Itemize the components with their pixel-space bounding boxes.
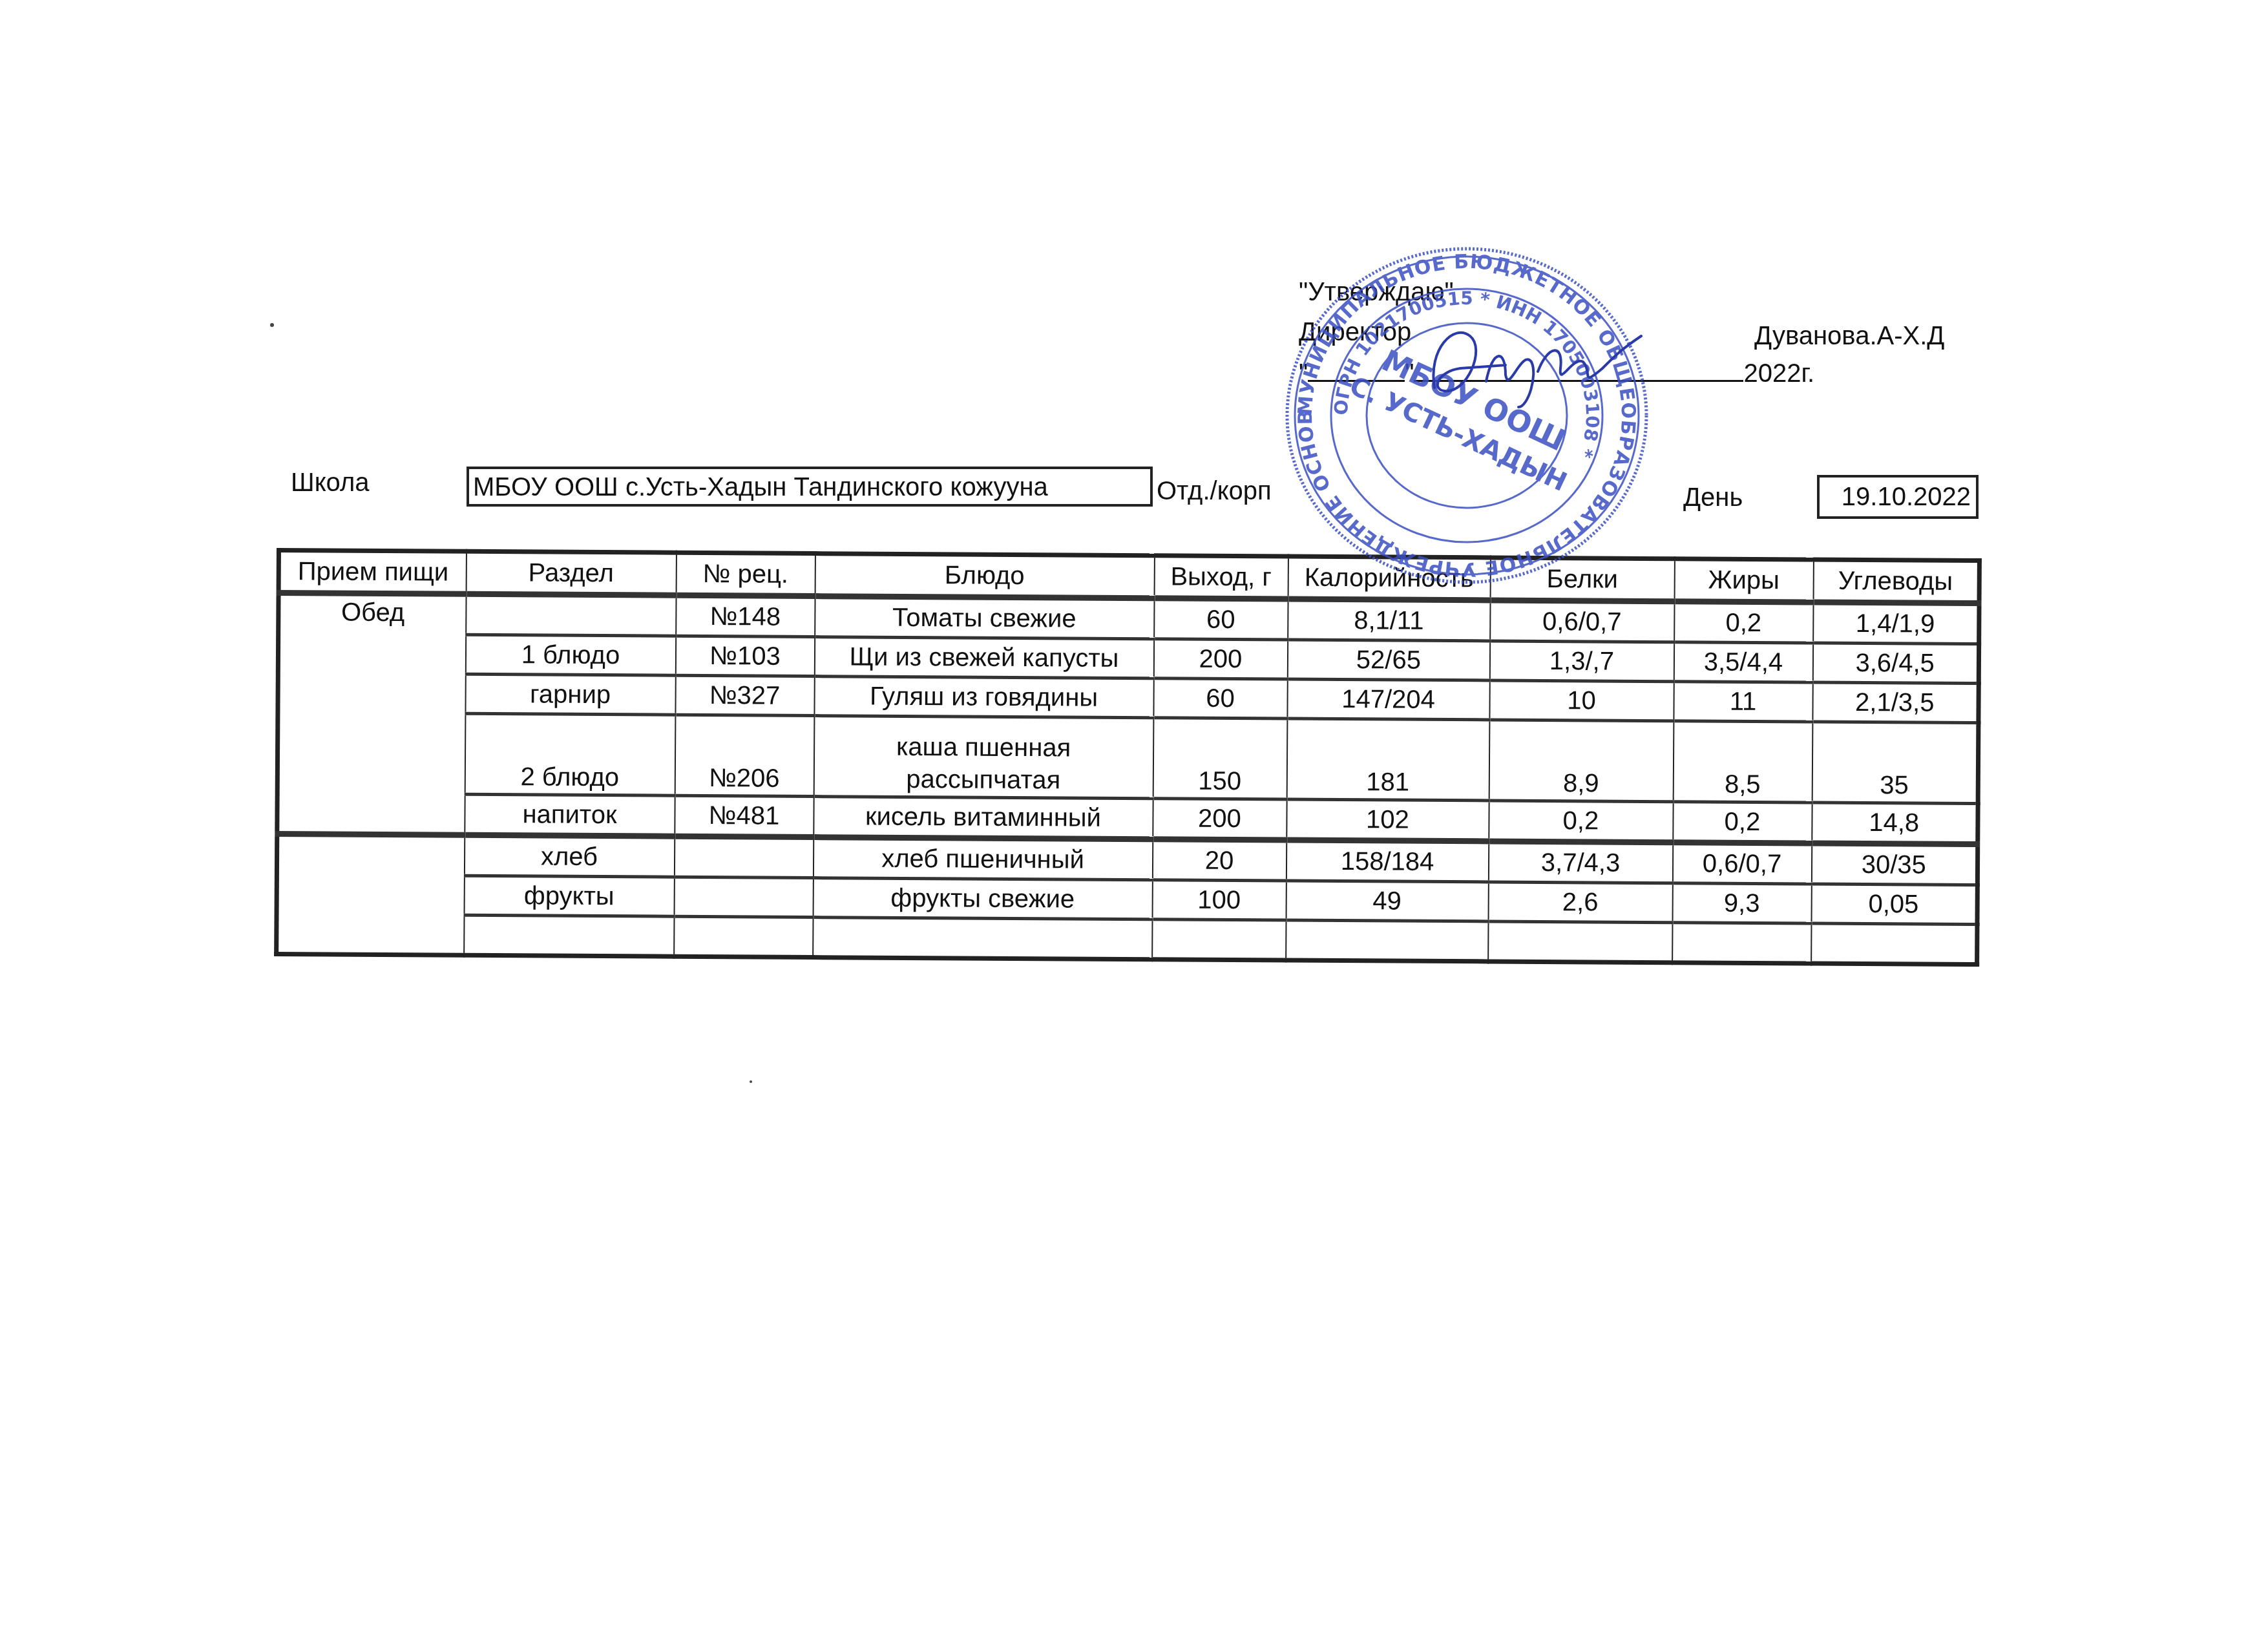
dish-cell: хлеб пшеничный	[813, 837, 1152, 880]
protein-cell: 3,7/4,3	[1488, 841, 1672, 883]
recipe-cell	[674, 916, 813, 957]
approval-year: 2022г.	[1743, 359, 1814, 388]
recipe-cell	[674, 877, 813, 917]
header-recipe: № рец.	[676, 552, 815, 596]
carbs-cell: 3,6/4,5	[1812, 643, 1979, 684]
dish-cell: Щи из свежей капусты	[814, 637, 1153, 678]
dish-cell: Томаты свежие	[815, 596, 1154, 639]
header-meal: Прием пищи	[278, 551, 466, 594]
school-name-field: МБОУ ООШ с.Усть-Хадын Тандинского кожуун…	[467, 467, 1153, 507]
calories-cell: 147/204	[1287, 679, 1489, 720]
carbs-cell: 35	[1812, 722, 1979, 804]
carbs-cell: 0,05	[1811, 884, 1977, 925]
output-cell: 150	[1153, 718, 1287, 799]
carbs-cell: 2,1/3,5	[1812, 682, 1979, 723]
fat-cell: 0,2	[1674, 602, 1813, 643]
day-blank	[1308, 361, 1405, 382]
section-cell: гарнир	[465, 674, 675, 715]
header-section: Раздел	[466, 551, 676, 595]
menu-table: Прием пищи Раздел № рец. Блюдо Выход, г …	[274, 548, 1982, 967]
protein-cell: 0,2	[1489, 801, 1673, 843]
dish-cell: фрукты свежие	[813, 878, 1152, 919]
dish-cell: каша пшенная рассыпчатая	[814, 716, 1153, 799]
approval-role: Директор	[1299, 318, 1411, 347]
calories-cell: 52/65	[1287, 640, 1489, 680]
fat-cell: 3,5/4,4	[1674, 642, 1812, 682]
protein-cell: 8,9	[1489, 720, 1674, 802]
output-cell: 60	[1153, 678, 1287, 719]
scan-speck	[270, 323, 274, 327]
calories-cell	[1286, 920, 1488, 961]
fat-cell: 0,6/0,7	[1672, 843, 1811, 884]
dish-cell: Гуляш из говядины	[814, 677, 1153, 718]
approval-date-line: ""2022г.	[1299, 359, 1814, 388]
recipe-cell: №327	[675, 675, 814, 715]
table-row: 2 блюдо №206 каша пшенная рассыпчатая 15…	[277, 713, 1979, 804]
output-cell: 200	[1153, 639, 1287, 679]
section-cell: 2 блюдо	[465, 713, 675, 795]
calories-cell: 158/184	[1286, 840, 1488, 882]
stamp-center-line2: С. УСТЬ-ХАДЫН	[1345, 371, 1571, 498]
day-label: День	[1683, 483, 1743, 512]
section-cell	[466, 594, 676, 636]
output-cell: 20	[1152, 839, 1286, 881]
calories-cell: 102	[1286, 799, 1489, 841]
dish-cell: кисель витаминный	[814, 797, 1153, 839]
section-cell: напиток	[465, 794, 675, 836]
recipe-cell	[674, 836, 813, 877]
header-output: Выход, г	[1154, 556, 1288, 599]
output-cell	[1152, 919, 1286, 960]
recipe-cell: №481	[675, 795, 814, 837]
carbs-cell: 14,8	[1812, 803, 1978, 845]
approval-title: "Утверждаю"	[1299, 278, 1454, 307]
carbs-cell: 1,4/1,9	[1813, 602, 1979, 644]
day-date-field: 19.10.2022	[1817, 475, 1979, 519]
section-cell	[464, 915, 674, 956]
recipe-cell: №148	[676, 595, 815, 636]
calories-cell: 49	[1286, 881, 1488, 921]
meal-cell	[277, 834, 465, 956]
fat-cell: 11	[1674, 682, 1812, 722]
director-name: Дуванова.А-Х.Д	[1754, 322, 1944, 351]
output-cell: 100	[1152, 880, 1286, 920]
recipe-cell: №103	[675, 636, 814, 676]
fat-cell: 9,3	[1672, 883, 1811, 923]
scan-speck	[750, 1080, 752, 1083]
protein-cell: 2,6	[1488, 882, 1672, 923]
fat-cell	[1672, 923, 1811, 963]
header-carbs: Углеводы	[1813, 560, 1979, 604]
dish-cell	[813, 918, 1152, 960]
fat-cell: 8,5	[1673, 721, 1812, 803]
protein-cell: 1,3/,7	[1489, 641, 1674, 682]
department-label: Отд./корп	[1157, 477, 1272, 506]
carbs-cell	[1811, 923, 1977, 965]
protein-cell	[1488, 921, 1672, 963]
protein-cell: 10	[1489, 680, 1674, 721]
recipe-cell: №206	[675, 715, 814, 796]
month-blank	[1414, 361, 1743, 382]
calories-cell: 8,1/11	[1288, 599, 1490, 641]
date-quote-open: "	[1299, 359, 1308, 388]
header-calories: Калорийность	[1288, 556, 1490, 600]
section-cell: 1 блюдо	[465, 635, 675, 675]
protein-cell: 0,6/0,7	[1490, 600, 1674, 642]
header-protein: Белки	[1490, 558, 1674, 602]
section-cell: хлеб	[464, 835, 674, 877]
school-label: Школа	[291, 468, 370, 498]
output-cell: 200	[1153, 799, 1286, 840]
header-dish: Блюдо	[815, 554, 1154, 598]
section-cell: фрукты	[464, 876, 674, 916]
meal-cell: Обед	[277, 593, 466, 835]
date-quote-close: "	[1405, 359, 1414, 388]
calories-cell: 181	[1286, 719, 1489, 801]
fat-cell: 0,2	[1673, 802, 1812, 843]
carbs-cell: 30/35	[1811, 843, 1977, 885]
header-fat: Жиры	[1674, 559, 1813, 602]
output-cell: 60	[1154, 598, 1288, 640]
